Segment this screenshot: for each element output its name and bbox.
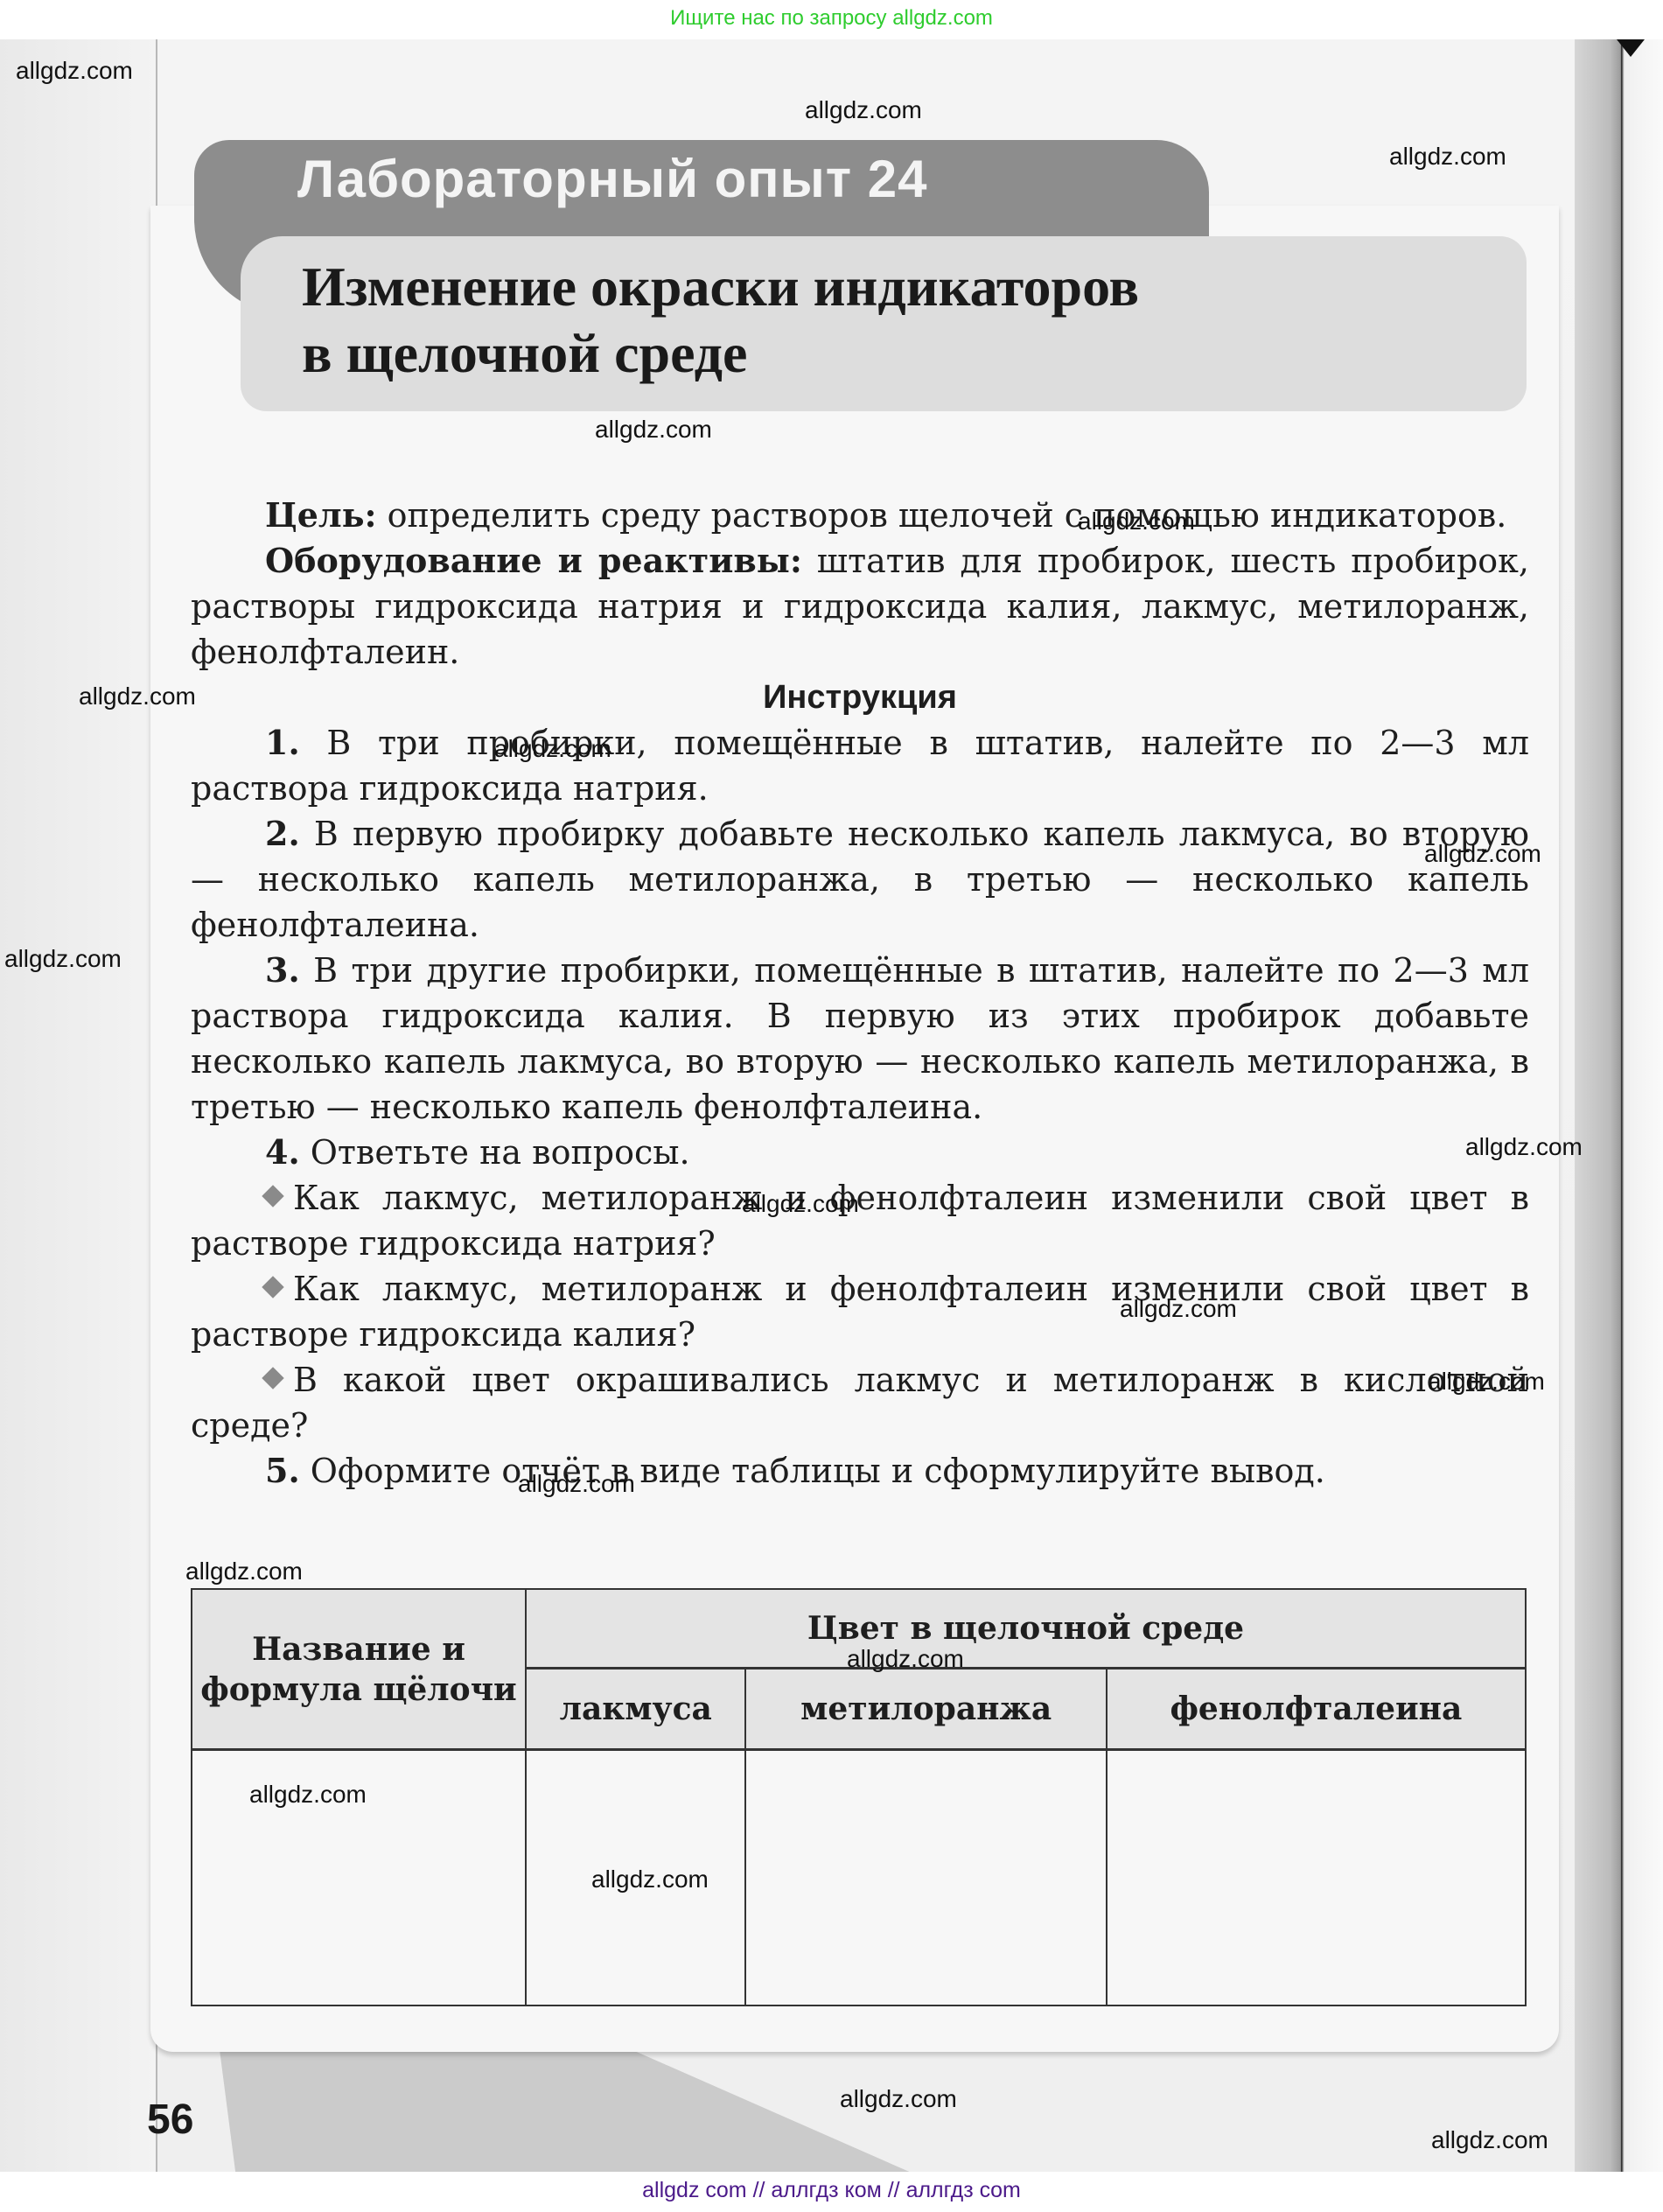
instructions-heading: Инструкция (191, 675, 1529, 720)
page-title: Изменение окраски индикаторов в щелочной… (302, 254, 1139, 387)
step-2: 2. В первую пробирку добавьте несколько … (191, 811, 1529, 948)
diamond-bullet-icon (262, 1367, 283, 1389)
top-banner[interactable]: Ищите нас по запросу allgdz.com (0, 0, 1663, 39)
step-1: 1. В три пробирки, помещённые в штатив, … (191, 720, 1529, 811)
watermark: allgdz.com (1120, 1295, 1237, 1323)
header-phenolphthalein: фенолфталеина (1107, 1669, 1526, 1750)
question-text: Как лакмус, метилоранж и фенолфталеин из… (191, 1270, 1529, 1354)
diamond-bullet-icon (262, 1185, 283, 1207)
watermark: allgdz.com (840, 2085, 957, 2113)
watermark: allgdz.com (1389, 143, 1506, 171)
watermark: allgdz.com (742, 1190, 859, 1218)
body-text: Цель: определить среду растворов щелочей… (191, 493, 1529, 1494)
watermark: allgdz.com (591, 1865, 709, 1893)
step-text: Оформите отчёт в виде таблицы и сформули… (300, 1452, 1325, 1490)
watermark: allgdz.com (847, 1645, 964, 1673)
watermark: allgdz.com (249, 1781, 367, 1809)
cell-phenolphthalein[interactable] (1107, 1750, 1526, 2006)
step-text: В три другие пробирки, помещённые в штат… (191, 951, 1529, 1126)
header-color-group: Цвет в щелочной среде (526, 1589, 1526, 1669)
step-number: 2. (265, 814, 300, 853)
page-number: 56 (147, 2096, 193, 2144)
book-spine-edge (1575, 39, 1663, 2172)
step-number: 3. (265, 950, 300, 990)
watermark: allgdz.com (595, 416, 712, 444)
scanned-page: Лабораторный опыт 24 Изменение окраски и… (0, 39, 1663, 2172)
left-margin (0, 39, 157, 2172)
table-row (192, 1750, 1526, 2006)
watermark: allgdz.com (1431, 2126, 1548, 2154)
equipment-paragraph: Оборудование и реактивы: штатив для проб… (191, 538, 1529, 675)
question-2: Как лакмус, метилоранж и фенолфталеин из… (191, 1266, 1529, 1357)
equipment-label: Оборудование и реактивы: (265, 541, 802, 580)
step-5: 5. Оформите отчёт в виде таблицы и сформ… (191, 1448, 1529, 1494)
watermark: allgdz.com (1424, 840, 1541, 868)
lab-label: Лабораторный опыт 24 (297, 149, 928, 209)
cell-methyl-orange[interactable] (745, 1750, 1106, 2006)
watermark: allgdz.com (518, 1470, 635, 1498)
goal-paragraph: Цель: определить среду растворов щелочей… (191, 493, 1529, 538)
title-line-2: в щелочной среде (302, 320, 1139, 387)
header-methyl-orange: метилоранжа (745, 1669, 1106, 1750)
corner-triangle-icon (1617, 39, 1645, 57)
watermark: allgdz.com (1465, 1133, 1583, 1161)
step-text: В первую пробирку добавьте несколько кап… (191, 815, 1529, 944)
title-line-1: Изменение окраски индикаторов (302, 254, 1139, 320)
watermark: allgdz.com (494, 735, 611, 763)
header-name-formula: Название и формула щёлочи (192, 1589, 526, 1750)
diamond-bullet-icon (262, 1276, 283, 1298)
question-1: Как лакмус, метилоранж и фенолфталеин из… (191, 1175, 1529, 1266)
question-text: В какой цвет окрашивались лакмус и метил… (191, 1361, 1529, 1445)
watermark: allgdz.com (805, 96, 922, 124)
step-4: 4. Ответьте на вопросы. (191, 1130, 1529, 1175)
question-text: Как лакмус, метилоранж и фенолфталеин из… (191, 1179, 1529, 1263)
step-number: 1. (265, 723, 300, 762)
step-number: 4. (265, 1132, 300, 1172)
goal-text: определить среду растворов щелочей с пом… (377, 496, 1507, 535)
watermark: allgdz.com (79, 682, 196, 710)
watermark: allgdz.com (4, 945, 122, 973)
watermark: allgdz.com (1428, 1368, 1545, 1396)
step-number: 5. (265, 1451, 300, 1490)
header-litmus: лакмуса (526, 1669, 745, 1750)
step-text: В три пробирки, помещённые в штатив, нал… (191, 724, 1529, 808)
step-text: Ответьте на вопросы. (300, 1133, 690, 1172)
step-3: 3. В три другие пробирки, помещённые в ш… (191, 948, 1529, 1130)
question-3: В какой цвет окрашивались лакмус и метил… (191, 1357, 1529, 1448)
watermark: allgdz.com (1078, 507, 1195, 535)
watermark: allgdz.com (185, 1557, 303, 1585)
goal-label: Цель: (265, 495, 377, 535)
footer-links[interactable]: allgdz com // аллгдз ком // аллгдз com (0, 2172, 1663, 2212)
watermark: allgdz.com (16, 57, 133, 85)
